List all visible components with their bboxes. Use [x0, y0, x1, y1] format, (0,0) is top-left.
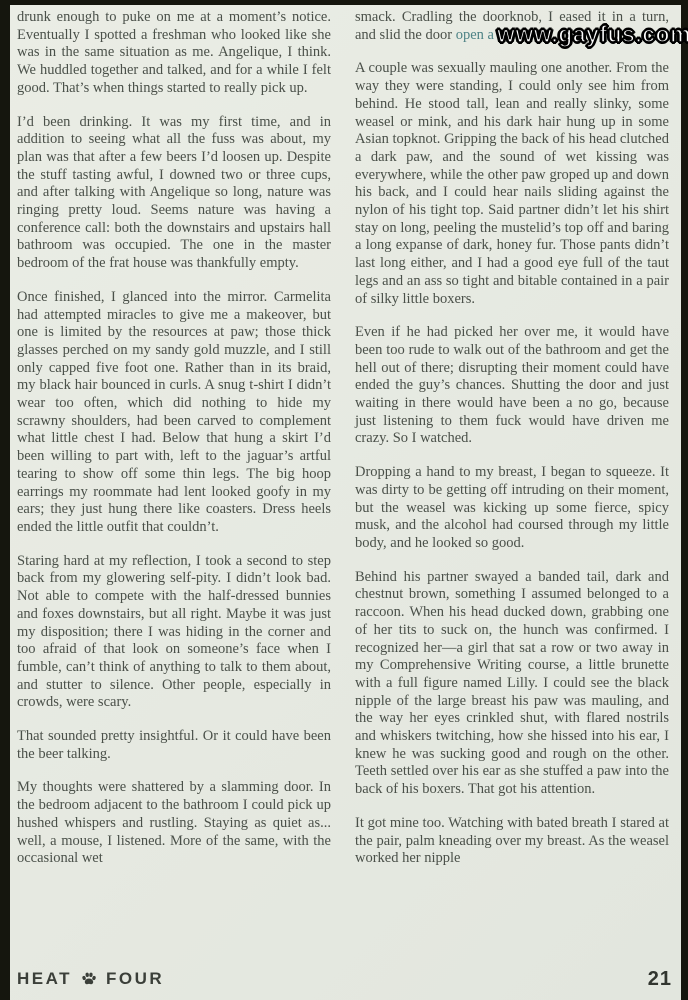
issue-title: FOUR — [106, 969, 164, 989]
site-watermark: www.gayfus.com — [497, 21, 688, 48]
text-columns: drunk enough to puke on me at a moment’s… — [17, 9, 669, 961]
paragraph-text: Once finished, I glanced into the mirror… — [17, 289, 331, 535]
paragraph: Even if he had picked her over me, it wo… — [355, 324, 669, 448]
paragraph: It got mine too. Watching with bated bre… — [355, 815, 669, 868]
paragraph-text: That sounded pretty insightful. Or it co… — [17, 728, 331, 762]
paragraph-text: It got mine too. Watching with bated bre… — [355, 815, 669, 866]
left-text-column: drunk enough to puke on me at a moment’s… — [17, 9, 331, 961]
paragraph: Behind his partner swayed a banded tail,… — [355, 569, 669, 799]
paw-print-icon — [81, 971, 97, 987]
paragraph: A couple was sexually mauling one anothe… — [355, 60, 669, 308]
paragraph-text: Even if he had picked her over me, it wo… — [355, 324, 669, 446]
right-text-column: smack. Cradling the doorknob, I eased it… — [355, 9, 669, 961]
paragraph: Once finished, I glanced into the mirror… — [17, 289, 331, 537]
magazine-brand: HEAT FOUR — [17, 969, 164, 989]
paragraph: I’d been drinking. It was my first time,… — [17, 114, 331, 273]
paragraph: That sounded pretty insightful. Or it co… — [17, 728, 331, 763]
paragraph: My thoughts were shattered by a slamming… — [17, 779, 331, 868]
paragraph-text: I’d been drinking. It was my first time,… — [17, 114, 331, 272]
paragraph-text: My thoughts were shattered by a slamming… — [17, 779, 331, 866]
footer: HEAT FOUR 21 — [17, 967, 672, 991]
paragraph-text: Dropping a hand to my breast, I began to… — [355, 464, 669, 551]
paragraph: Dropping a hand to my breast, I began to… — [355, 464, 669, 553]
magazine-title: HEAT — [17, 969, 72, 989]
paragraph-text: drunk enough to puke on me at a moment’s… — [17, 9, 331, 96]
paragraph-text: A couple was sexually mauling one anothe… — [355, 60, 669, 306]
paragraph: Staring hard at my reflection, I took a … — [17, 553, 331, 712]
paragraph-text: Behind his partner swayed a banded tail,… — [355, 569, 669, 797]
paragraph-text: Staring hard at my reflection, I took a … — [17, 553, 331, 711]
page-number: 21 — [648, 968, 672, 991]
paragraph: drunk enough to puke on me at a moment’s… — [17, 9, 331, 98]
